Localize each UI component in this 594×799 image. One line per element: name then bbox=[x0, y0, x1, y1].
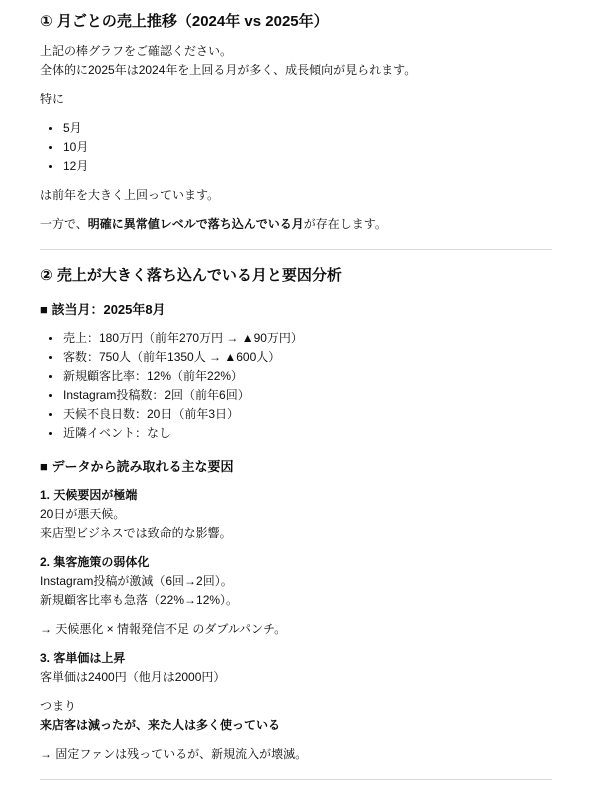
summary-block: つまり 来店客は減ったが、来た人は多く使っている bbox=[40, 697, 552, 735]
metric-item: 売上：180万円（前年270万円 → ▲90万円） bbox=[63, 329, 552, 348]
conclusion-note: → 固定ファンは残っているが、新規流入が壊滅。 bbox=[40, 745, 552, 764]
factor-line: 新規顧客比率も急落（22%→12%）。 bbox=[40, 591, 552, 610]
factor-line: 客単価は2400円（他月は2000円） bbox=[40, 668, 552, 687]
metric-item: 天候不良日数：20日（前年3日） bbox=[63, 405, 552, 424]
factor2-title: 2. 集客施策の弱体化 bbox=[40, 553, 552, 572]
section1-heading: ① 月ごとの売上推移（2024年 vs 2025年） bbox=[40, 11, 552, 32]
factor1-lines: 20日が悪天候。来店型ビジネスでは致命的な影響。 bbox=[40, 505, 552, 543]
factors-heading: ■ データから読み取れる主な要因 bbox=[40, 457, 552, 476]
sales-analysis-document: ① 月ごとの売上推移（2024年 vs 2025年） 上記の棒グラフをご確認くだ… bbox=[0, 0, 594, 799]
factor-line: Instagram投稿が激減（6回→2回）。 bbox=[40, 572, 552, 591]
metric-item: 近隣イベント：なし bbox=[63, 424, 552, 443]
growth-month-item: 10月 bbox=[63, 138, 552, 157]
intro-line-2: 全体的に2025年は2024年を上回る月が多く、成長傾向が見られます。 bbox=[40, 61, 552, 80]
anomaly-sentence: 一方で、明確に異常値レベルで落ち込んでいる月が存在します。 bbox=[40, 215, 552, 234]
growth-month-item: 12月 bbox=[63, 157, 552, 176]
metrics-list: 売上：180万円（前年270万円 → ▲90万円）客数：750人（前年1350人… bbox=[40, 329, 552, 443]
factor-line: 20日が悪天候。 bbox=[40, 505, 552, 524]
growth-note: は前年を大きく上回っています。 bbox=[40, 186, 552, 205]
summary-lead: つまり bbox=[40, 697, 552, 716]
target-month-heading: ■ 該当月：2025年8月 bbox=[40, 300, 552, 319]
intro-paragraph: 上記の棒グラフをご確認ください。 全体的に2025年は2024年を上回る月が多く… bbox=[40, 42, 552, 80]
metric-item: 客数：750人（前年1350人 → ▲600人） bbox=[63, 348, 552, 367]
factor1-title: 1. 天候要因が極端 bbox=[40, 486, 552, 505]
factor2-lines: Instagram投稿が激減（6回→2回）。新規顧客比率も急落（22%→12%）… bbox=[40, 572, 552, 610]
section-divider bbox=[40, 249, 552, 250]
section2-heading: ② 売上が大きく落ち込んでいる月と要因分析 bbox=[40, 265, 552, 286]
double-punch-note: → 天候悪化 × 情報発信不足 のダブルパンチ。 bbox=[40, 620, 552, 639]
intro-line-1: 上記の棒グラフをご確認ください。 bbox=[40, 42, 552, 61]
metric-item: 新規顧客比率：12%（前年22%） bbox=[63, 367, 552, 386]
emphasis-lead: 特に bbox=[40, 90, 552, 109]
factor3-title: 3. 客単価は上昇 bbox=[40, 649, 552, 668]
anomaly-bold: 明確に異常値レベルで落ち込んでいる月 bbox=[88, 217, 304, 231]
metric-item: Instagram投稿数：2回（前年6回） bbox=[63, 386, 552, 405]
factor-line: 来店型ビジネスでは致命的な影響。 bbox=[40, 524, 552, 543]
summary-bold: 来店客は減ったが、来た人は多く使っている bbox=[40, 716, 552, 735]
factor-block-1: 1. 天候要因が極端 20日が悪天候。来店型ビジネスでは致命的な影響。 bbox=[40, 486, 552, 543]
factor-block-3: 3. 客単価は上昇 客単価は2400円（他月は2000円） bbox=[40, 649, 552, 687]
anomaly-post: が存在します。 bbox=[304, 217, 387, 231]
bottom-divider bbox=[40, 779, 552, 780]
factor3-lines: 客単価は2400円（他月は2000円） bbox=[40, 668, 552, 687]
anomaly-pre: 一方で、 bbox=[40, 217, 88, 231]
growth-month-item: 5月 bbox=[63, 119, 552, 138]
factor-block-2: 2. 集客施策の弱体化 Instagram投稿が激減（6回→2回）。新規顧客比率… bbox=[40, 553, 552, 610]
growth-months-list: 5月10月12月 bbox=[40, 119, 552, 176]
